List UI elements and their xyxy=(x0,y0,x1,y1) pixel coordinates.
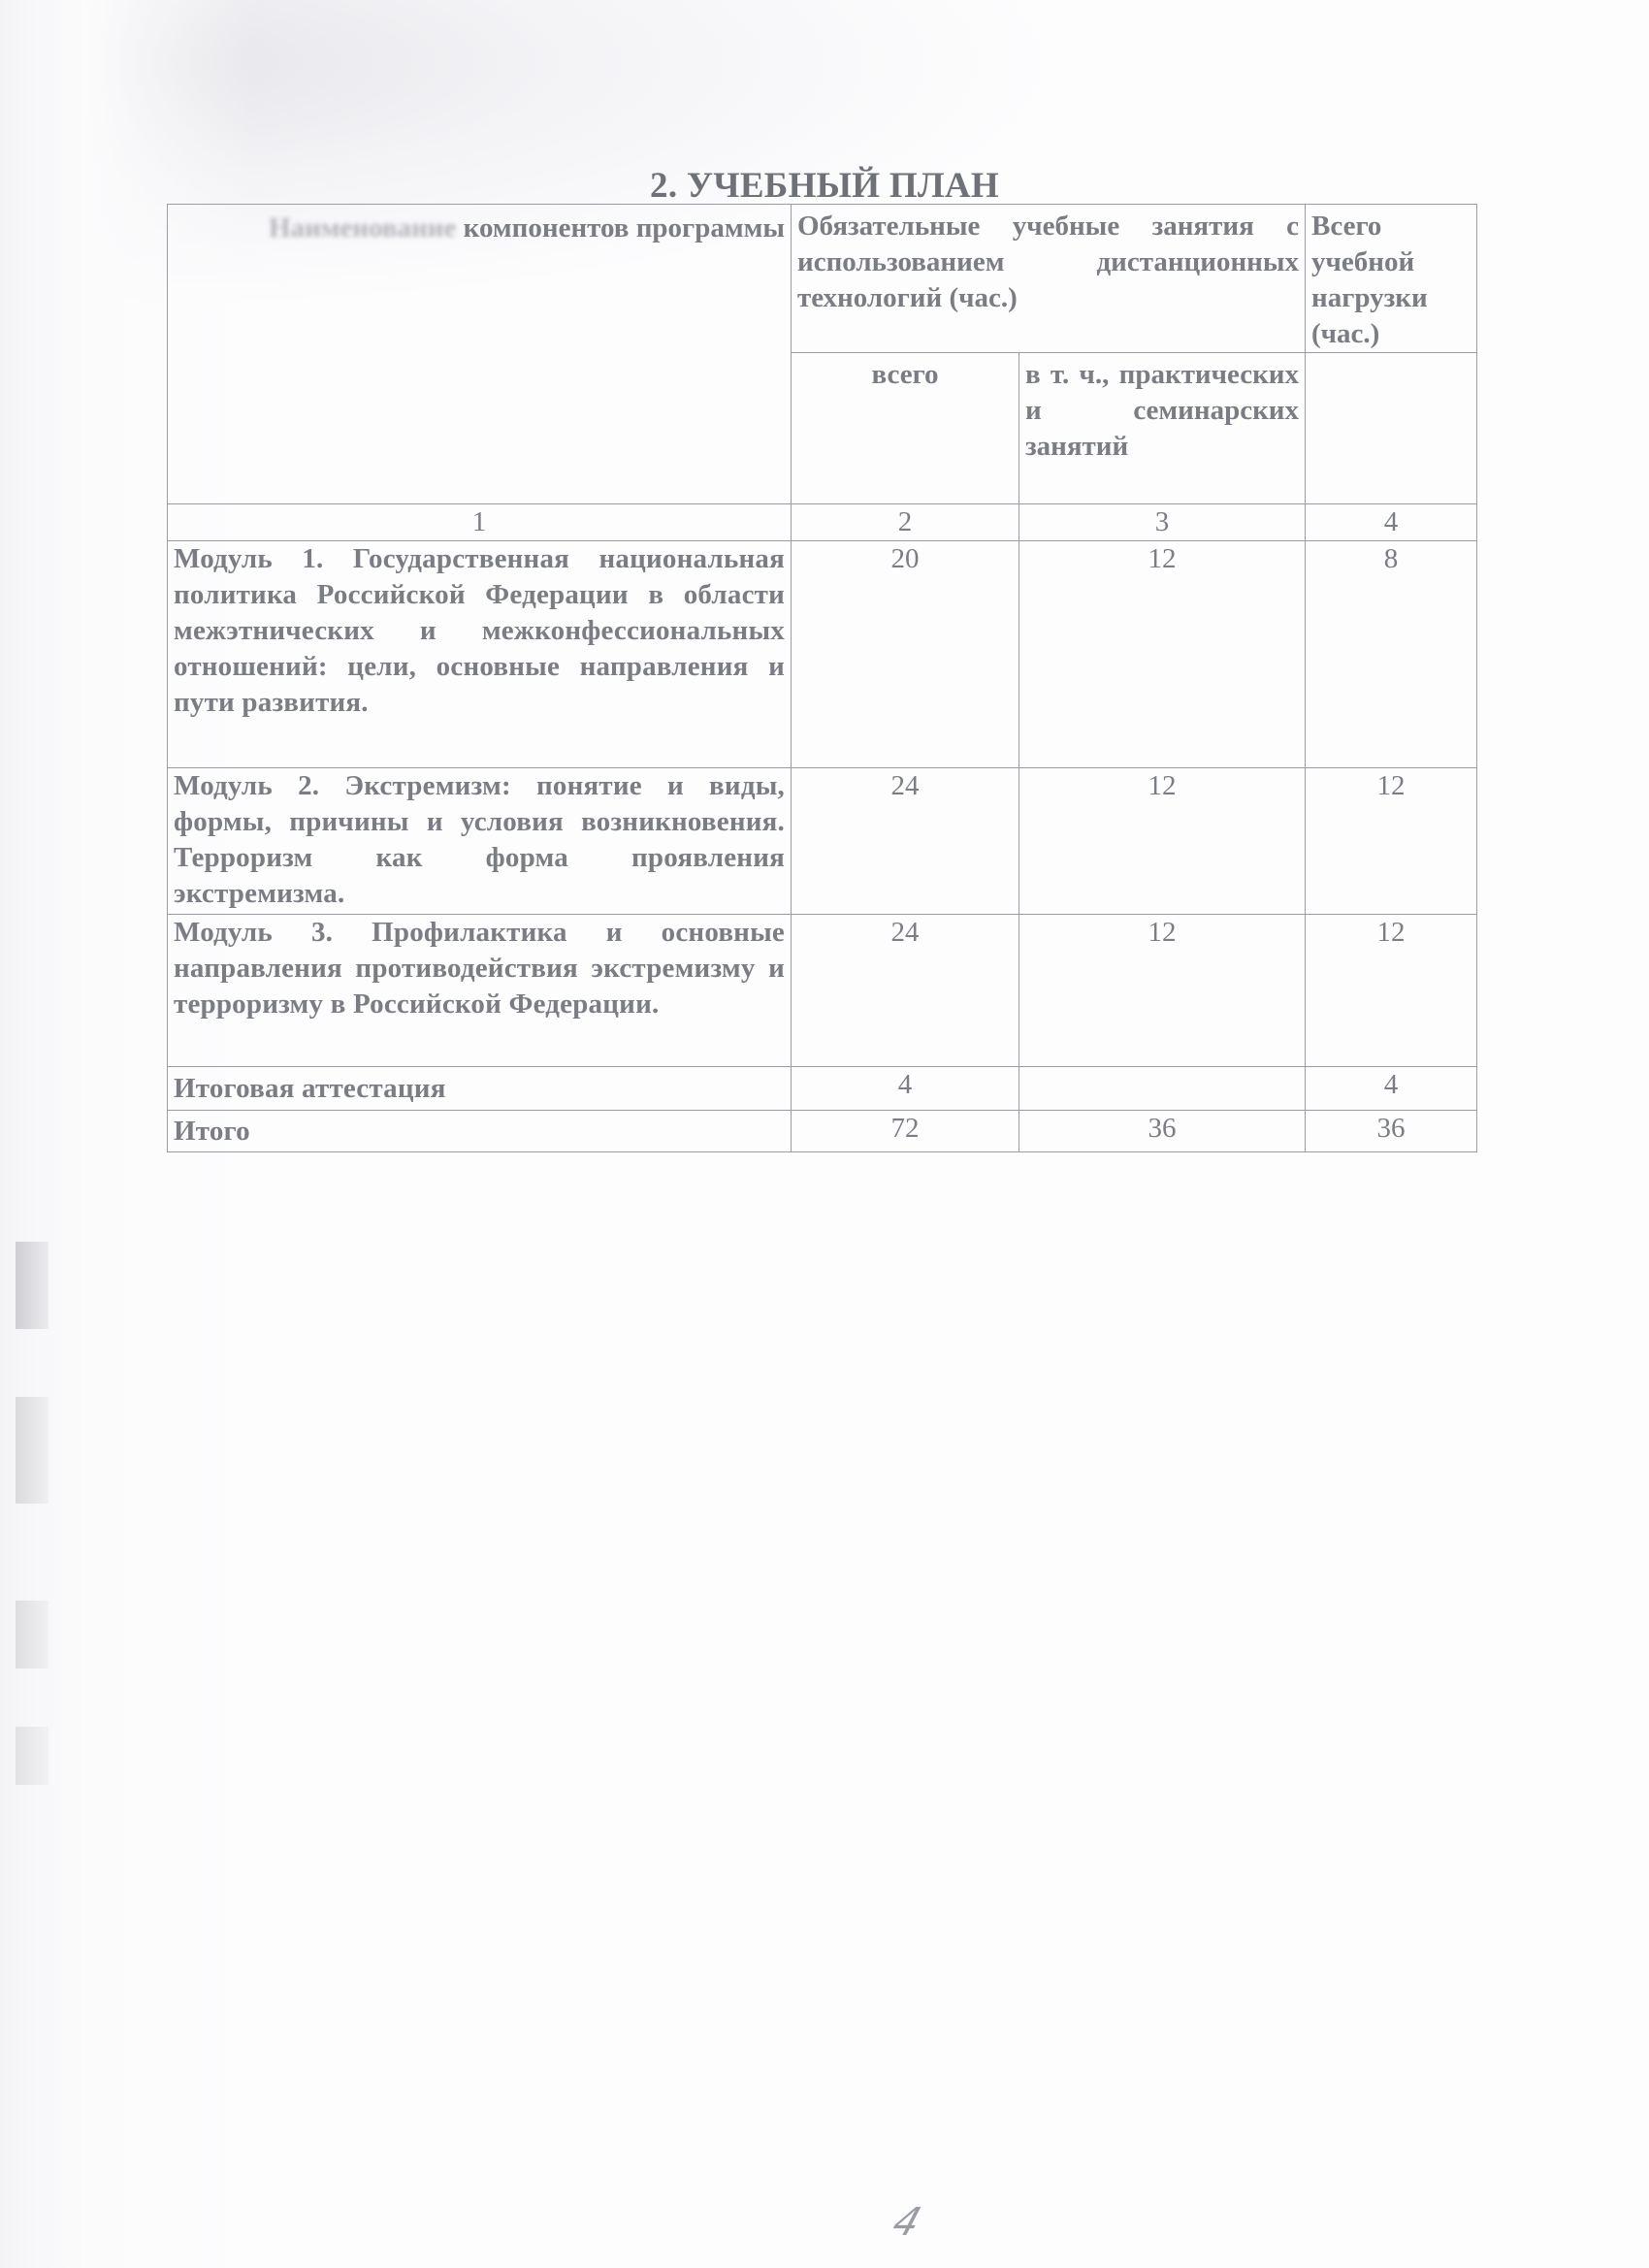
header-total-load: Всего учебной нагрузки (час.) xyxy=(1306,205,1477,353)
table-row: Модуль 3. Профилактика и основные направ… xyxy=(168,915,1477,1067)
scan-edge-artifact xyxy=(16,1242,48,1329)
subheader-empty xyxy=(1306,353,1477,504)
hours-total: 72 xyxy=(792,1111,1019,1152)
column-number-row: 1 2 3 4 xyxy=(168,504,1477,541)
page-number: 4 xyxy=(888,2200,926,2245)
total-label: Итого xyxy=(168,1111,792,1152)
page-title: 2. УЧЕБНЫЙ ПЛАН xyxy=(0,165,1649,207)
hours-load: 12 xyxy=(1306,915,1477,1067)
hours-load: 36 xyxy=(1306,1111,1477,1152)
hours-load: 12 xyxy=(1306,768,1477,915)
column-number: 2 xyxy=(792,504,1019,541)
module-name: Модуль 3. Профилактика и основные направ… xyxy=(168,915,792,1067)
hours-total: 24 xyxy=(792,768,1019,915)
hours-practical: 36 xyxy=(1019,1111,1306,1152)
scan-edge-artifact xyxy=(16,1601,48,1669)
column-number: 4 xyxy=(1306,504,1477,541)
module-name: Модуль 2. Экстремизм: понятие и виды, фо… xyxy=(168,768,792,915)
hours-practical: 12 xyxy=(1019,541,1306,768)
final-assessment-label: Итоговая аттестация xyxy=(168,1067,792,1111)
table-row: Модуль 1. Государственная национальная п… xyxy=(168,541,1477,768)
table-row-total: Итого 72 36 36 xyxy=(168,1111,1477,1152)
table-row: Итоговая аттестация 4 4 xyxy=(168,1067,1477,1111)
header-name-visible: компонентов программы xyxy=(464,212,785,243)
hours-practical: 12 xyxy=(1019,915,1306,1067)
header-row: Наименование компонентов программы Обяза… xyxy=(168,205,1477,353)
module-name: Модуль 1. Государственная национальная п… xyxy=(168,541,792,768)
hours-load: 4 xyxy=(1306,1067,1477,1111)
hours-practical xyxy=(1019,1067,1306,1111)
table-row: Модуль 2. Экстремизм: понятие и виды, фо… xyxy=(168,768,1477,915)
subheader-practical: в т. ч., практических и семинарских заня… xyxy=(1019,353,1306,504)
hours-total: 24 xyxy=(792,915,1019,1067)
scan-edge-artifact xyxy=(16,1397,48,1504)
hours-practical: 12 xyxy=(1019,768,1306,915)
scan-edge-artifact xyxy=(16,1727,48,1785)
subheader-total: всего xyxy=(792,353,1019,504)
header-name-blurred: Наименование xyxy=(269,212,456,243)
hours-total: 4 xyxy=(792,1067,1019,1111)
column-number: 3 xyxy=(1019,504,1306,541)
header-component-name: Наименование компонентов программы xyxy=(168,205,792,504)
hours-load: 8 xyxy=(1306,541,1477,768)
hours-total: 20 xyxy=(792,541,1019,768)
curriculum-table: Наименование компонентов программы Обяза… xyxy=(167,204,1477,1152)
header-mandatory-classes: Обязательные учебные занятия с использов… xyxy=(792,205,1306,353)
column-number: 1 xyxy=(168,504,792,541)
